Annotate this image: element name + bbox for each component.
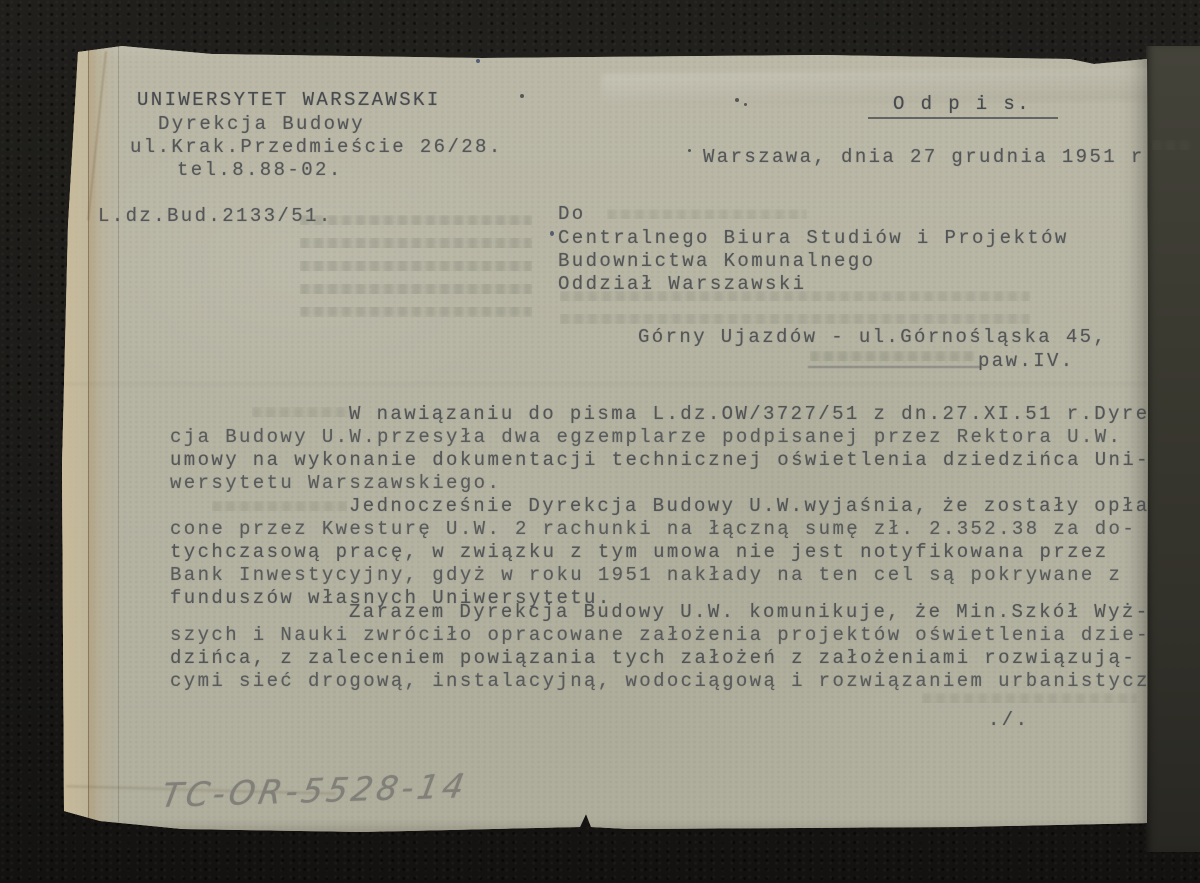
letterhead-street: ul.Krak.Przedmieście 26/28. bbox=[130, 136, 503, 159]
recipient-pavilion: paw.IV. bbox=[978, 350, 1075, 373]
text-line: Jednocześnie Dyrekcja Budowy U.W.wyjaśni… bbox=[170, 495, 1163, 518]
ghost-text-block bbox=[560, 291, 1030, 325]
text-line: tychczasową pracę, w związku z tym umowa… bbox=[170, 541, 1163, 564]
ghost-text bbox=[922, 693, 1137, 706]
text-line: wersytetu Warszawskiego. bbox=[170, 472, 1177, 495]
ghost-text-block bbox=[300, 215, 532, 317]
body-paragraph-3: Zarazem Dyrekcja Budowy U.W. komunikuje,… bbox=[170, 601, 1150, 693]
text-line: cymi sieć drogową, instalacyjną, wodocią… bbox=[170, 670, 1150, 693]
torn-edge bbox=[62, 45, 88, 835]
copy-label-underline bbox=[868, 97, 1058, 119]
reference-number: L.dz.Bud.2133/51. bbox=[98, 205, 333, 228]
letterhead-org: UNIWERSYTET WARSZAWSKI bbox=[137, 89, 441, 112]
fold-crease-line bbox=[88, 45, 89, 835]
ink-speck bbox=[550, 231, 554, 236]
recipient-address: Górny Ujazdów - ul.Górnośląska 45, bbox=[638, 326, 1107, 349]
ink-speck bbox=[520, 94, 524, 98]
adjacent-page-edge bbox=[1146, 46, 1200, 852]
ghost-text bbox=[607, 209, 807, 222]
archive-number-handwritten: TC-OR-5528-14 bbox=[159, 766, 472, 815]
continuation-mark: ./. bbox=[988, 709, 1029, 732]
paper-crease bbox=[62, 383, 1148, 385]
body-paragraph-2: Jednocześnie Dyrekcja Budowy U.W.wyjaśni… bbox=[170, 495, 1163, 610]
text-line: umowy na wykonanie dokumentacji technicz… bbox=[170, 449, 1177, 472]
recipient-to: Do bbox=[558, 203, 586, 226]
ghost-underline bbox=[808, 351, 980, 368]
text-line: cja Budowy U.W.przesyła dwa egzemplarze … bbox=[170, 426, 1177, 449]
ink-speck bbox=[735, 98, 739, 102]
recipient-org-line2: Budownictwa Komunalnego bbox=[558, 250, 875, 273]
dateline: Warszawa, dnia 27 grudnia 1951 r. bbox=[703, 146, 1158, 169]
letterhead-dept: Dyrekcja Budowy bbox=[158, 113, 365, 136]
ink-speck bbox=[476, 59, 480, 63]
ghost-text bbox=[1152, 140, 1194, 154]
fold-crease-line bbox=[118, 45, 119, 835]
text-line: dzińca, z zaleceniem powiązania tych zał… bbox=[170, 647, 1150, 670]
document-page: UNIWERSYTET WARSZAWSKI Dyrekcja Budowy u… bbox=[62, 45, 1148, 835]
letterhead-phone: tel.8.88-02. bbox=[177, 159, 343, 182]
text-line: Zarazem Dyrekcja Budowy U.W. komunikuje,… bbox=[170, 601, 1150, 624]
text-line: Bank Inwestycyjny, gdyż w roku 1951 nakł… bbox=[170, 564, 1163, 587]
ink-speck bbox=[744, 103, 747, 106]
text-line: W nawiązaniu do pisma L.dz.OW/3727/51 z … bbox=[170, 403, 1177, 426]
scan-background: UNIWERSYTET WARSZAWSKI Dyrekcja Budowy u… bbox=[0, 0, 1200, 883]
recipient-org-line1: Centralnego Biura Studiów i Projektów bbox=[558, 227, 1069, 250]
ink-speck bbox=[688, 149, 691, 152]
text-line: cone przez Kwesturę U.W. 2 rachunki na ł… bbox=[170, 518, 1163, 541]
body-paragraph-1: W nawiązaniu do pisma L.dz.OW/3727/51 z … bbox=[170, 403, 1177, 495]
text-line: szych i Nauki zwróciło opracowane założe… bbox=[170, 624, 1150, 647]
